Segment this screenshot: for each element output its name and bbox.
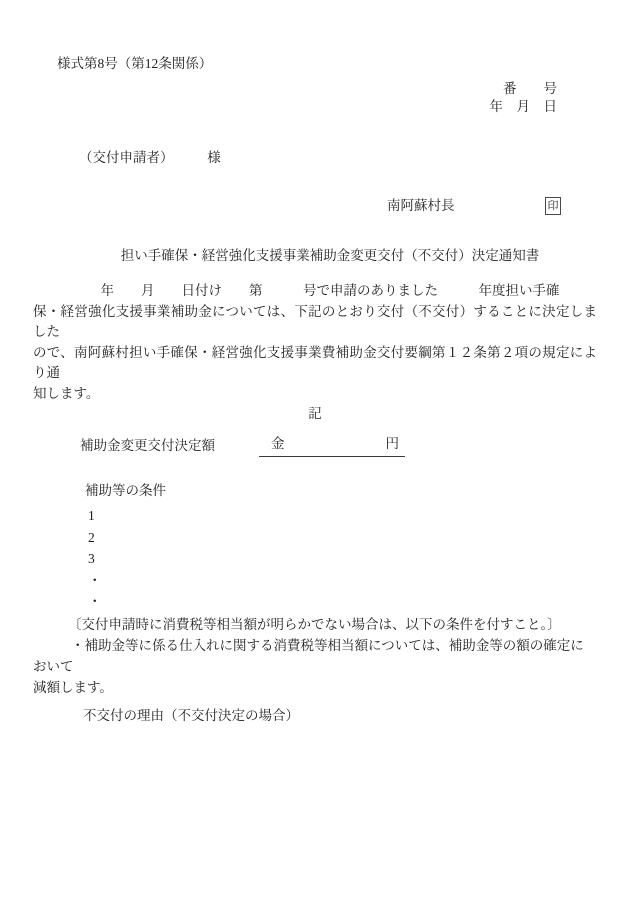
document-page: 様式第8号（第12条関係） 番 号 年 月 日 （交付申請者） 様 南阿蘇村長 … <box>0 0 630 915</box>
conditions-list: 1 2 3 ・ ・ <box>33 505 597 613</box>
condition-item: 3 <box>33 548 597 570</box>
body-paragraph: 年 月 日付け 第 号で申請のありました 年度担い手確 保・経営強化支援事業補助… <box>33 281 597 404</box>
non-grant-reason-label: 不交付の理由（不交付決定の場合） <box>33 706 597 726</box>
condition-item: 1 <box>33 505 597 527</box>
document-title: 担い手確保・経営強化支援事業補助金変更交付（不交付）決定通知書 <box>33 246 597 266</box>
doc-number-field: 番 号 <box>33 80 557 98</box>
conditions-title: 補助等の条件 <box>33 481 597 501</box>
condition-item: ・ <box>33 570 597 592</box>
tax-deduction-note: ・補助金等に係る仕入れに関する消費税等相当額については、補助金等の額の確定におい… <box>33 635 597 698</box>
amount-row: 補助金変更交付決定額金円 <box>80 433 597 457</box>
amount-blank-field: 金円 <box>259 433 405 457</box>
amount-label: 補助金変更交付決定額 <box>80 438 215 453</box>
seal-placeholder: 印 <box>545 197 561 215</box>
header-right-block: 番 号 年 月 日 <box>33 80 557 116</box>
condition-item: ・ <box>33 591 597 613</box>
ki-marker: 記 <box>33 404 597 424</box>
addressee-line: （交付申請者） 様 <box>79 148 597 168</box>
form-number: 様式第8号（第12条関係） <box>57 54 597 74</box>
issuer-row: 南阿蘇村長 印 <box>387 196 561 216</box>
date-field: 年 月 日 <box>33 98 557 116</box>
currency-suffix: 円 <box>386 433 400 455</box>
currency-prefix: 金 <box>271 433 285 455</box>
condition-item: 2 <box>33 527 597 549</box>
issuer-name: 南阿蘇村長 <box>387 196 455 216</box>
conditions-note: 〔交付申請時に消費税等相当額が明らかでない場合は、以下の条件を付すこと。〕 <box>33 615 597 635</box>
